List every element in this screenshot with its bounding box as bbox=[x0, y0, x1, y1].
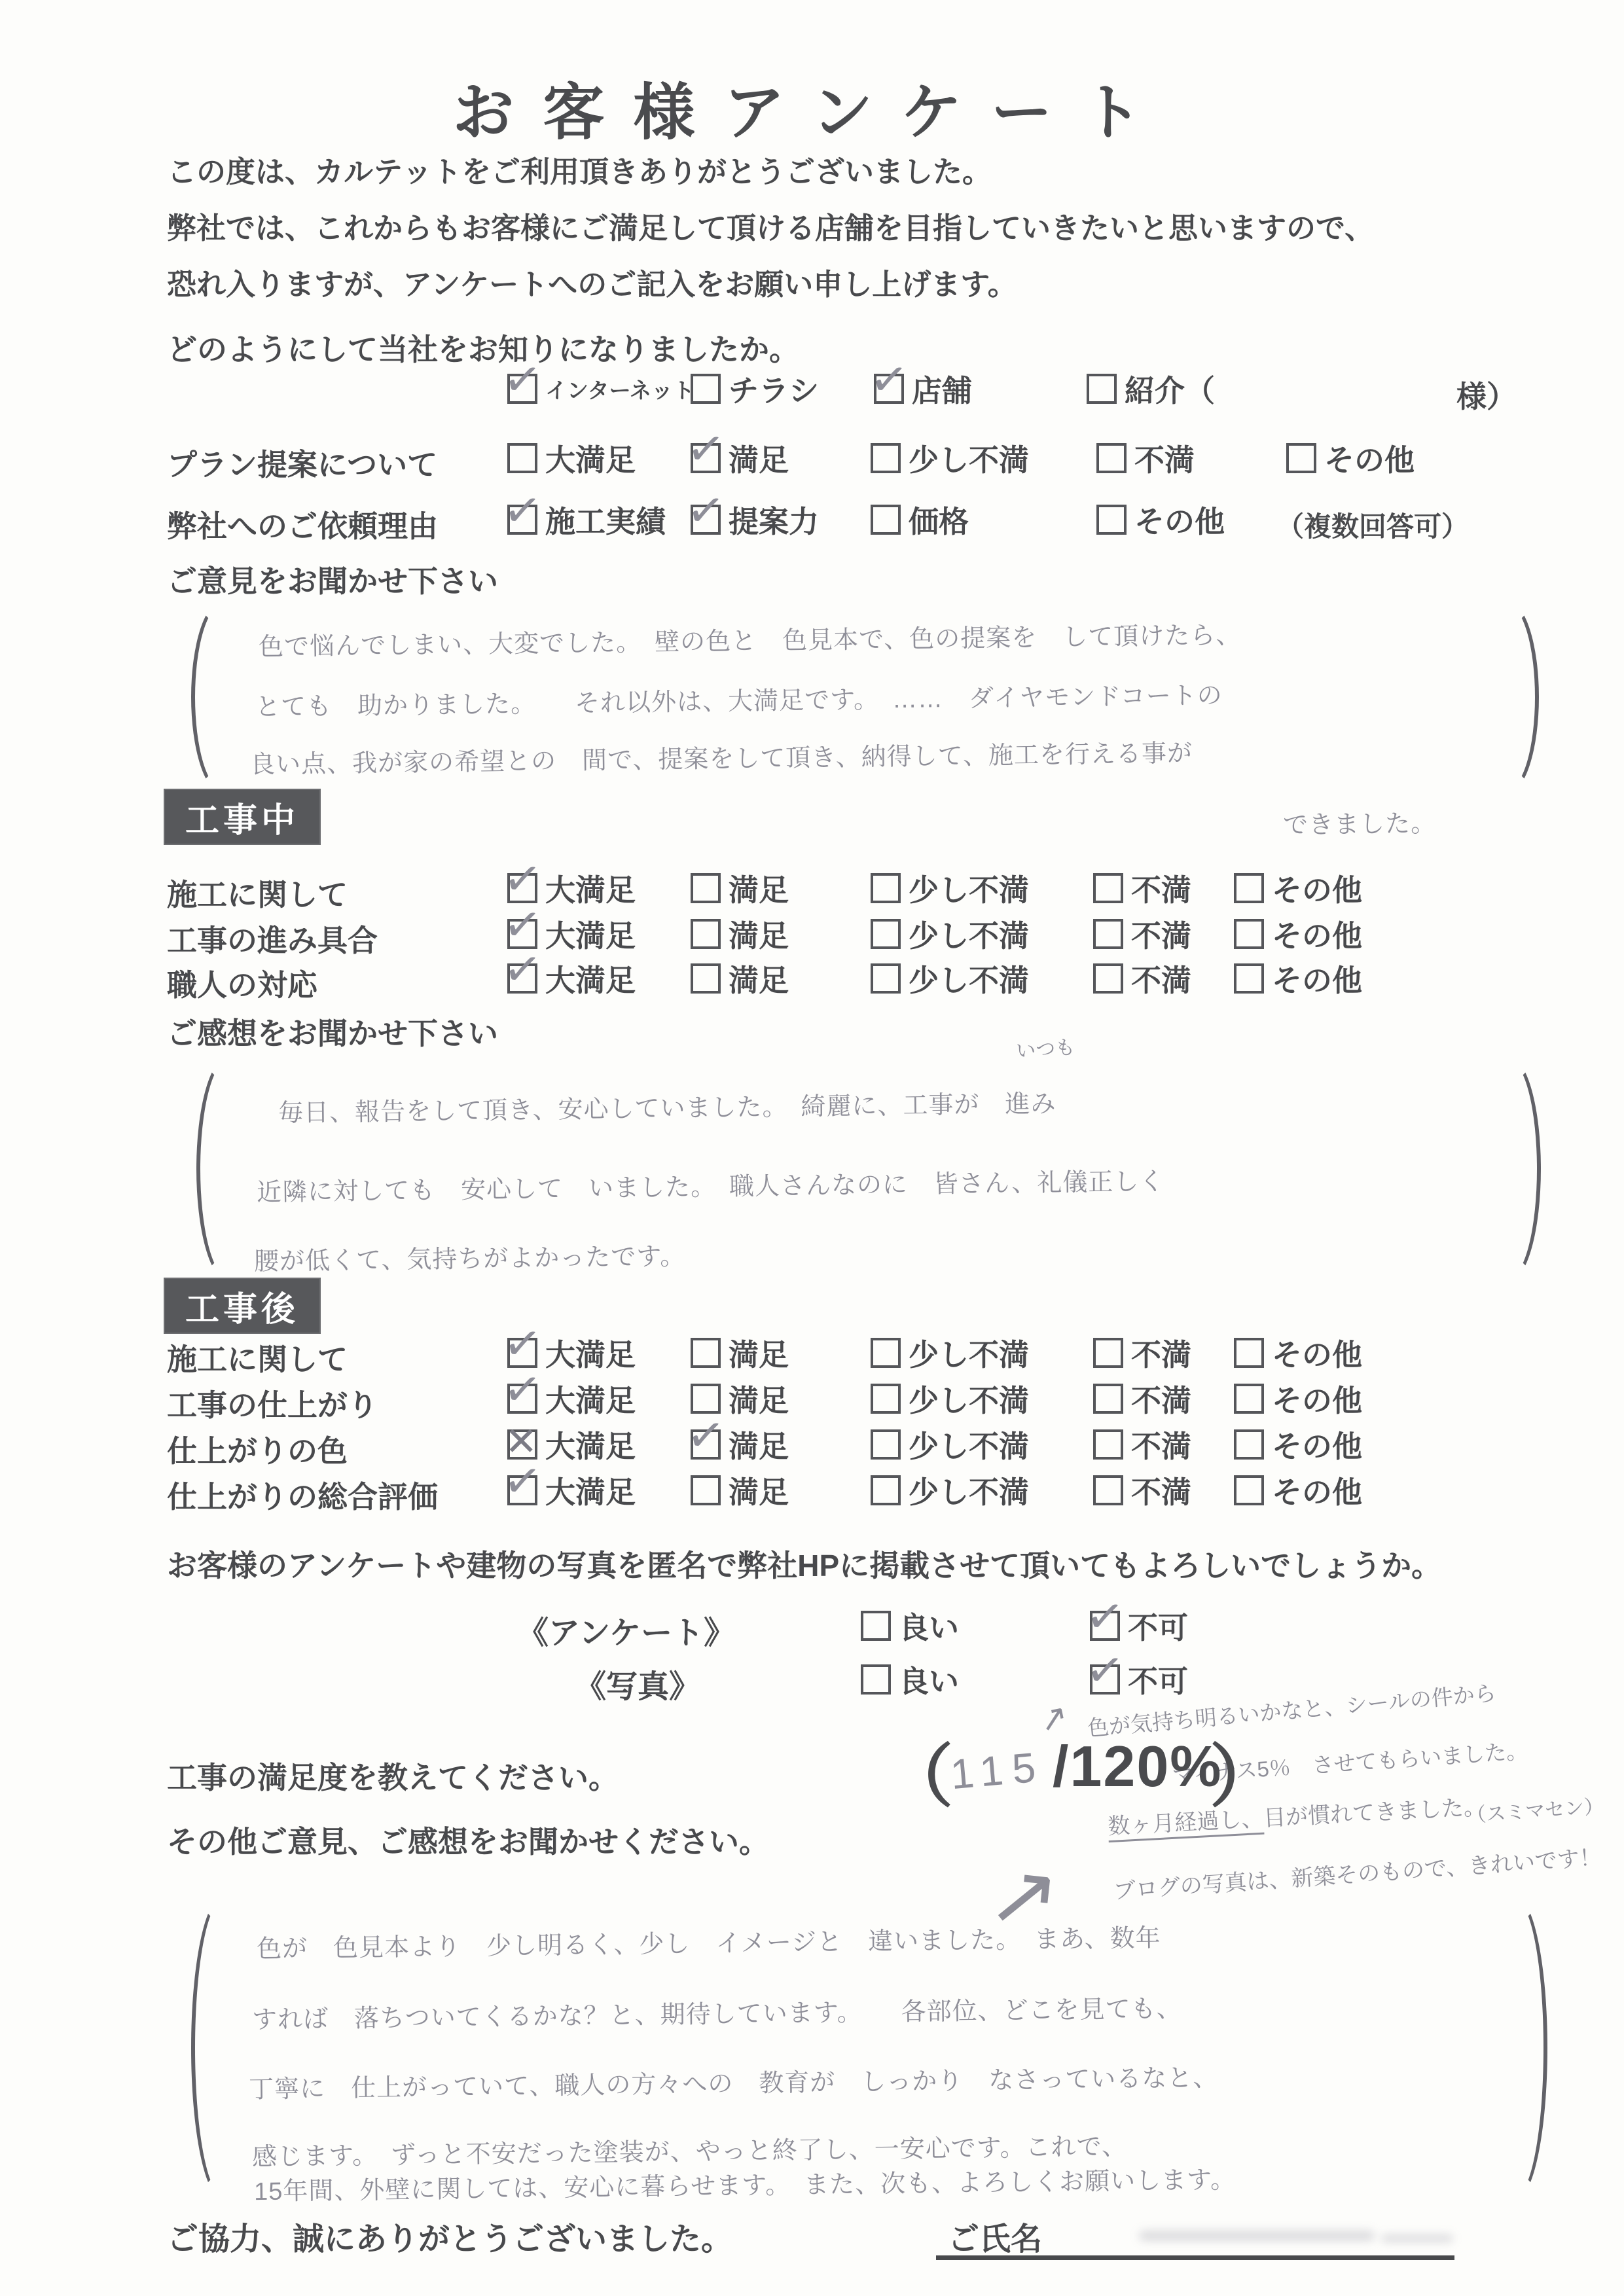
rating-row-plan: プラン提案について 大満足 満足 少し不満 不満 その他 bbox=[0, 437, 1624, 484]
checkbox-label: 満足 bbox=[729, 1331, 789, 1374]
handwritten-line: 腰が低くて、気持ちがよかったです。 bbox=[254, 1236, 686, 1277]
checkbox[interactable] bbox=[871, 505, 901, 535]
checkbox-label: チラシ bbox=[729, 367, 819, 410]
annotation-underlined: 数ヶ月経過し、 bbox=[1108, 1806, 1265, 1839]
checkbox-label: 大満足 bbox=[545, 1423, 636, 1466]
annotation-rest: 目が慣れてきました。 bbox=[1263, 1795, 1487, 1831]
checkbox[interactable] bbox=[691, 919, 721, 949]
row-label: 《アンケート》 bbox=[517, 1607, 735, 1653]
checkbox-label: 大満足 bbox=[545, 1377, 636, 1420]
checkbox-label: 大満足 bbox=[545, 1331, 636, 1374]
intro-line: 恐れ入りますが、アンケートへのご記入をお願い申し上げます。 bbox=[167, 270, 1017, 299]
checkbox-option-internet[interactable]: インターネット bbox=[507, 368, 695, 410]
row-label: 工事の仕上がり bbox=[167, 1382, 378, 1425]
checkbox-option-good[interactable]: 良い bbox=[861, 1605, 959, 1647]
checkbox-label: 良い bbox=[899, 1658, 959, 1701]
open-paren: （ bbox=[885, 1721, 953, 1820]
checkbox-option[interactable]: 大満足 bbox=[507, 437, 636, 479]
source-options-row: インターネット チラシ 店舗 紹介（ 様） bbox=[0, 368, 1624, 415]
checkbox-option[interactable]: 不満 bbox=[1093, 1332, 1191, 1374]
rating-row: 職人の対応 大満足 満足 少し不満 不満 その他 bbox=[0, 958, 1624, 1005]
checkbox[interactable] bbox=[1093, 1338, 1123, 1368]
checkbox-label: 大満足 bbox=[545, 957, 636, 1000]
checkbox-option[interactable]: 提案力 bbox=[691, 499, 819, 541]
handwritten-line: すれば 落ちついてくるかな？と、期待しています。 各部位、どこを見ても、 bbox=[252, 1988, 1182, 2035]
checkbox-option[interactable]: 少し不満 bbox=[871, 1332, 1029, 1374]
comment-bracket-right bbox=[1478, 1057, 1541, 1281]
checkbox-label: その他 bbox=[1272, 1469, 1362, 1512]
checkbox[interactable] bbox=[691, 374, 721, 404]
checkbox[interactable] bbox=[507, 1475, 537, 1505]
row-label: プラン提案について bbox=[167, 441, 437, 484]
checkbox-label: 大満足 bbox=[545, 867, 636, 910]
checkbox[interactable] bbox=[1234, 1384, 1264, 1414]
checkbox-option[interactable]: その他 bbox=[1234, 1332, 1362, 1374]
row-label: 《写真》 bbox=[575, 1661, 700, 1706]
checkbox-label: 良い bbox=[899, 1604, 959, 1647]
checkbox-option[interactable]: その他 bbox=[1096, 499, 1225, 541]
section-badge-during: 工事中 bbox=[164, 789, 321, 845]
checkbox[interactable] bbox=[1234, 1429, 1264, 1460]
page-title: お客様アンケート bbox=[0, 63, 1624, 151]
checkbox-label: 満足 bbox=[729, 1469, 789, 1512]
checkbox[interactable] bbox=[1087, 374, 1117, 404]
checkbox-label: 紹介（ bbox=[1125, 367, 1215, 410]
rating-row: 仕上がりの総合評価 大満足 満足 少し不満 不満 その他 bbox=[0, 1469, 1624, 1516]
checkbox[interactable] bbox=[1234, 963, 1264, 994]
checkbox[interactable] bbox=[691, 1429, 721, 1460]
checkbox[interactable] bbox=[1093, 919, 1123, 949]
checkbox-label: その他 bbox=[1272, 867, 1362, 910]
checkbox[interactable] bbox=[507, 443, 537, 473]
checkbox-option[interactable]: 価格 bbox=[871, 499, 969, 541]
checkbox-label: 満足 bbox=[729, 912, 789, 956]
checkbox-option[interactable]: 少し不満 bbox=[871, 437, 1029, 479]
checkbox-option[interactable]: 少し不満 bbox=[871, 867, 1029, 909]
checkbox-option[interactable]: 少し不満 bbox=[871, 1424, 1029, 1465]
checkbox-option[interactable]: その他 bbox=[1234, 1424, 1362, 1465]
checkbox-option[interactable]: 満足 bbox=[691, 1424, 789, 1465]
checkbox-label: インターネット bbox=[545, 374, 695, 404]
handwritten-line: 毎日、報告をして頂き、安心していました。 綺麗に、工事が 進み bbox=[278, 1083, 1056, 1129]
handwritten-line: 近隣に対しても 安心して いました。 職人さんなのに 皆さん、礼儀正しく bbox=[257, 1161, 1165, 1208]
rating-row: 工事の仕上がり 大満足 満足 少し不満 不満 その他 bbox=[0, 1378, 1624, 1425]
checkbox-option[interactable]: 少し不満 bbox=[871, 1469, 1029, 1511]
checkbox-label: 少し不満 bbox=[909, 1423, 1029, 1466]
row-label: 仕上がりの色 bbox=[167, 1427, 348, 1471]
checkbox-label: 少し不満 bbox=[909, 437, 1029, 480]
checkbox-label: 不可 bbox=[1128, 1604, 1188, 1647]
checkbox-option-good[interactable]: 良い bbox=[861, 1659, 959, 1700]
checkbox-label: 少し不満 bbox=[909, 867, 1029, 910]
checkbox-label: 満足 bbox=[729, 867, 789, 910]
checkbox-option-no[interactable]: 不可 bbox=[1090, 1659, 1188, 1700]
checkbox-option-store[interactable]: 店舗 bbox=[874, 368, 972, 410]
row-label: 施工に関して bbox=[167, 1336, 348, 1379]
handwritten-line: 良い点、我が家の希望との 間で、提案をして頂き、納得して、施工を行える事が bbox=[250, 732, 1193, 780]
checkbox[interactable] bbox=[1234, 873, 1264, 903]
checkbox[interactable] bbox=[507, 1384, 537, 1414]
checkbox-option[interactable]: 少し不満 bbox=[871, 1378, 1029, 1420]
checkbox[interactable] bbox=[874, 374, 904, 404]
checkbox-option[interactable]: 満足 bbox=[691, 437, 789, 479]
checkbox[interactable] bbox=[691, 505, 721, 535]
checkbox-option[interactable]: その他 bbox=[1234, 1469, 1362, 1511]
checkbox-option[interactable]: 施工実績 bbox=[507, 499, 666, 541]
checkbox-label: 施工実績 bbox=[545, 498, 666, 541]
checkbox[interactable] bbox=[1234, 1338, 1264, 1368]
checkbox-option[interactable]: 不満 bbox=[1093, 1378, 1191, 1420]
checkbox[interactable] bbox=[871, 873, 901, 903]
rating-row-reason: 弊社へのご依頼理由 施工実績 提案力 価格 その他 （複数回答可） bbox=[0, 499, 1624, 546]
checkbox[interactable] bbox=[691, 1338, 721, 1368]
handwritten-annotation: ブログの写真は、新築そのもので、きれいです！ bbox=[1112, 1839, 1602, 1905]
handwritten-line: 丁寧に 仕上がっていて、職人の方々への 教育が しっかり なさっているなと、 bbox=[249, 2057, 1219, 2105]
checkbox[interactable] bbox=[871, 443, 901, 473]
checkbox-label: その他 bbox=[1324, 437, 1415, 480]
comment-bracket-right bbox=[1476, 601, 1539, 793]
checkbox-option[interactable]: 大満足 bbox=[507, 1469, 636, 1511]
comment2-heading: ご感想をお聞かせ下さい bbox=[167, 1010, 498, 1053]
checkbox[interactable] bbox=[1093, 963, 1123, 994]
checkbox-option[interactable]: 不満 bbox=[1093, 913, 1191, 955]
question-source: どのようにして当社をお知りになりましたか。 bbox=[167, 326, 799, 369]
checkbox[interactable] bbox=[1096, 443, 1127, 473]
checkbox[interactable] bbox=[507, 505, 537, 535]
checkbox-label: 不満 bbox=[1131, 1377, 1191, 1420]
handwritten-line: とても 助かりました。 それ以外は、大満足です。 …… ダイヤモンドコートの bbox=[255, 675, 1223, 723]
checkbox-option-referral[interactable]: 紹介（ bbox=[1087, 368, 1215, 410]
checkbox-label: 少し不満 bbox=[909, 1377, 1029, 1420]
footer-thanks: ご協力、誠にありがとうございました。 bbox=[167, 2214, 732, 2259]
checkbox-option[interactable]: 満足 bbox=[691, 958, 789, 999]
checkbox[interactable] bbox=[861, 1611, 891, 1641]
handwritten-insertion: いつも bbox=[1015, 1031, 1076, 1064]
checkbox-option[interactable]: 少し不満 bbox=[871, 913, 1029, 955]
checkbox-label: 不満 bbox=[1134, 437, 1195, 480]
checkbox-option[interactable]: 満足 bbox=[691, 913, 789, 955]
comment-bracket-left bbox=[196, 1057, 259, 1281]
checkbox[interactable] bbox=[1093, 1384, 1123, 1414]
redacted-signature bbox=[1381, 2234, 1453, 2242]
checkbox-label: 不満 bbox=[1131, 867, 1191, 910]
other-heading: その他ご意見、ご感想をお聞かせください。 bbox=[167, 1818, 769, 1861]
checkbox-option[interactable]: その他 bbox=[1234, 958, 1362, 999]
rating-row: 仕上がりの色 大満足 満足 少し不満 不満 その他 bbox=[0, 1424, 1624, 1471]
checkbox-label: 不可 bbox=[1128, 1658, 1188, 1701]
checkbox-label: 満足 bbox=[729, 1377, 789, 1420]
multi-answer-note: （複数回答可） bbox=[1276, 505, 1469, 545]
checkbox-label: 提案力 bbox=[729, 498, 819, 541]
handwritten-line: できました。 bbox=[1283, 803, 1437, 841]
checkbox-label: 不満 bbox=[1131, 912, 1191, 956]
checkbox-option[interactable]: 少し不満 bbox=[871, 958, 1029, 999]
comment-bracket-right bbox=[1485, 1897, 1547, 2199]
checkbox[interactable] bbox=[1093, 1475, 1123, 1505]
comment1-heading: ご意見をお聞かせ下さい bbox=[167, 558, 498, 601]
rating-row: 施工に関して 大満足 満足 少し不満 不満 その他 bbox=[0, 1332, 1624, 1379]
publish-row-survey: 《アンケート》 良い 不可 bbox=[0, 1605, 1624, 1652]
checkbox[interactable] bbox=[691, 443, 721, 473]
rating-row: 工事の進み具合 大満足 満足 少し不満 不満 その他 bbox=[0, 913, 1624, 960]
intro-line: この度は、カルテットをご利用頂きありがとうございました。 bbox=[167, 157, 992, 187]
checkbox-label: 満足 bbox=[729, 957, 789, 1000]
publish-question: お客様のアンケートや建物の写真を匿名で弊社HPに掲載させて頂いてもよろしいでしょ… bbox=[167, 1542, 1441, 1585]
row-label: 工事の進み具合 bbox=[167, 917, 378, 960]
checkbox-option[interactable]: 満足 bbox=[691, 1332, 789, 1374]
checkbox-option[interactable]: その他 bbox=[1234, 867, 1362, 909]
checkbox[interactable] bbox=[691, 1475, 721, 1505]
checkbox[interactable] bbox=[871, 1475, 901, 1505]
satisfaction-denominator: /120% bbox=[1053, 1733, 1223, 1800]
checkbox[interactable] bbox=[1093, 873, 1123, 903]
checkbox-label: 少し不満 bbox=[909, 1331, 1029, 1374]
checkbox[interactable] bbox=[1090, 1611, 1120, 1641]
checkbox[interactable] bbox=[1093, 1429, 1123, 1460]
row-label: 施工に関して bbox=[167, 871, 348, 914]
checkbox-option[interactable]: 不満 bbox=[1093, 958, 1191, 999]
row-label: 仕上がりの総合評価 bbox=[167, 1473, 438, 1516]
checkbox-label: その他 bbox=[1272, 1423, 1362, 1466]
checkbox-label: 不満 bbox=[1131, 1331, 1191, 1374]
checkbox[interactable] bbox=[871, 1384, 901, 1414]
row-label: 職人の対応 bbox=[167, 961, 317, 1005]
survey-page: お客様アンケート この度は、カルテットをご利用頂きありがとうございました。 弊社… bbox=[0, 0, 1624, 2296]
checkbox-label: その他 bbox=[1272, 957, 1362, 1000]
checkbox-label: 満足 bbox=[729, 1423, 789, 1466]
checkbox-label: 店舗 bbox=[912, 367, 972, 410]
checkbox-option[interactable]: 不満 bbox=[1093, 1424, 1191, 1465]
checkbox-option[interactable]: 不満 bbox=[1093, 867, 1191, 909]
checkbox-label: その他 bbox=[1134, 498, 1225, 541]
checkbox-option[interactable]: 大満足 bbox=[507, 1378, 636, 1420]
row-label: 弊社へのご依頼理由 bbox=[167, 503, 438, 546]
checkbox-label: 少し不満 bbox=[909, 1469, 1029, 1512]
checkbox-option-no[interactable]: 不可 bbox=[1090, 1605, 1188, 1647]
comment-bracket-left bbox=[191, 1897, 254, 2199]
checkbox-label: 満足 bbox=[729, 437, 789, 480]
checkbox-option[interactable]: 不満 bbox=[1093, 1469, 1191, 1511]
checkbox-label: 価格 bbox=[909, 498, 969, 541]
handwritten-line: 色が 色見本より 少し明るく、少し イメージと 違いました。 まあ、数年 bbox=[257, 1918, 1161, 1965]
redacted-signature bbox=[1139, 2231, 1375, 2241]
checkbox[interactable] bbox=[871, 919, 901, 949]
checkbox[interactable] bbox=[1234, 919, 1264, 949]
checkbox-option[interactable]: 不満 bbox=[1096, 437, 1195, 479]
checkbox-label: 不満 bbox=[1131, 1423, 1191, 1466]
checkbox-option[interactable]: 大満足 bbox=[507, 958, 636, 999]
checkbox[interactable] bbox=[871, 1429, 901, 1460]
checkbox-label: 大満足 bbox=[545, 1469, 636, 1512]
checkbox-option[interactable]: その他 bbox=[1234, 913, 1362, 955]
name-label: ご氏名 bbox=[948, 2214, 1042, 2259]
checkbox[interactable] bbox=[1090, 1664, 1120, 1695]
checkbox[interactable] bbox=[507, 963, 537, 994]
checkbox-label: 不満 bbox=[1131, 957, 1191, 1000]
checkbox[interactable] bbox=[1286, 443, 1316, 473]
checkbox-label: その他 bbox=[1272, 1377, 1362, 1420]
checkbox-label: その他 bbox=[1272, 912, 1362, 956]
checkbox-label: 大満足 bbox=[545, 437, 636, 480]
signature-line[interactable] bbox=[936, 2255, 1454, 2260]
checkbox-label: 大満足 bbox=[545, 912, 636, 956]
checkbox-label: その他 bbox=[1272, 1331, 1362, 1374]
checkbox[interactable] bbox=[1096, 505, 1127, 535]
checkbox[interactable] bbox=[1234, 1475, 1264, 1505]
checkbox-label: 少し不満 bbox=[909, 912, 1029, 956]
checkbox[interactable] bbox=[861, 1664, 891, 1695]
checkbox-option[interactable]: その他 bbox=[1286, 437, 1415, 479]
checkbox[interactable] bbox=[871, 1338, 901, 1368]
checkbox-option[interactable]: 満足 bbox=[691, 1469, 789, 1511]
intro-line: 弊社では、これからもお客様にご満足して頂ける店舗を目指していきたいと思いますので… bbox=[167, 213, 1374, 243]
checkbox-option[interactable]: その他 bbox=[1234, 1378, 1362, 1420]
handwritten-line: 色で悩んでしまい、大変でした。 壁の色と 色見本で、色の提案を して頂けたら、 bbox=[259, 615, 1242, 662]
section-badge-after: 工事後 bbox=[164, 1278, 321, 1334]
satisfaction-question: 工事の満足度を教えてください。 bbox=[167, 1754, 619, 1797]
checkbox[interactable] bbox=[691, 963, 721, 994]
handwritten-annotation: （スミマセン） bbox=[1466, 1790, 1605, 1829]
satisfaction-value: 115 bbox=[948, 1742, 1047, 1799]
checkbox[interactable] bbox=[871, 963, 901, 994]
checkbox[interactable] bbox=[507, 374, 537, 404]
checkbox-label: 少し不満 bbox=[909, 957, 1029, 1000]
comment-bracket-left bbox=[191, 601, 254, 793]
rating-row: 施工に関して 大満足 満足 少し不満 不満 その他 bbox=[0, 867, 1624, 914]
checkbox[interactable] bbox=[691, 873, 721, 903]
checkbox-option-flyer[interactable]: チラシ bbox=[691, 368, 819, 410]
checkbox-option[interactable]: 満足 bbox=[691, 867, 789, 909]
referral-suffix: 様） bbox=[1456, 373, 1517, 416]
checkbox-label: 不満 bbox=[1131, 1469, 1191, 1512]
